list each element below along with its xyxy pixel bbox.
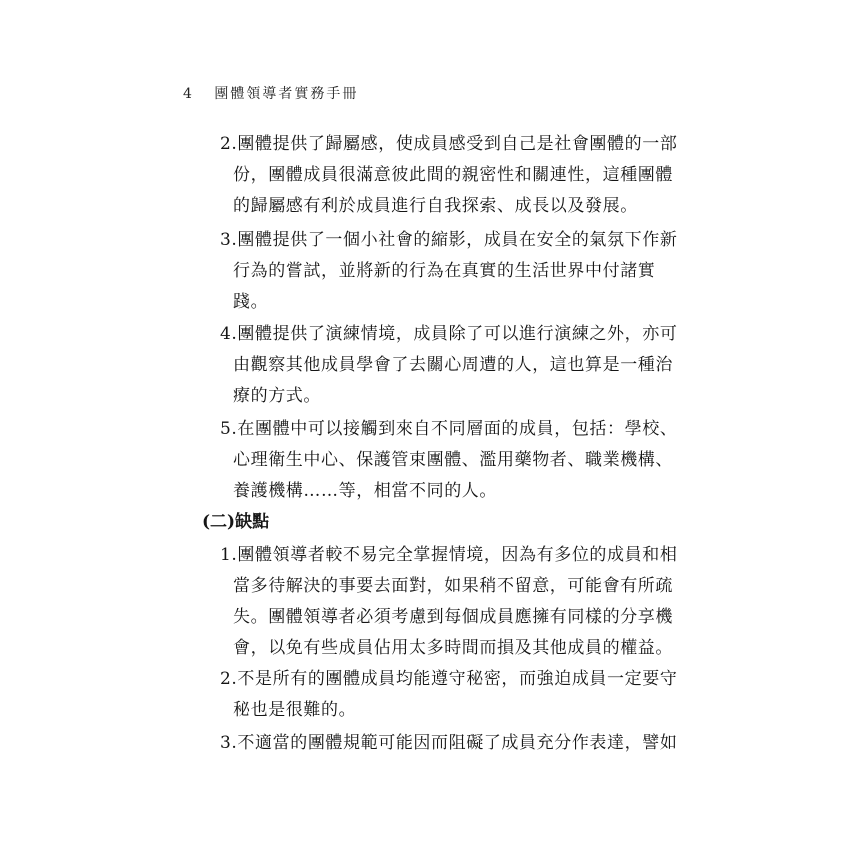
advantage-item-3-line-2: 行為的嘗試，並將新的行為在真實的生活世界中付諸實 (233, 261, 655, 281)
disadvantage-item-2-line-2: 秘也是很難的。 (233, 700, 356, 720)
advantage-item-3-line-1: 3.團體提供了一個小社會的縮影，成員在安全的氣氛下作新 (220, 230, 677, 250)
book-title: 團體領導者實務手冊 (214, 86, 358, 102)
running-header: 4 團體領導者實務手冊 (183, 83, 358, 103)
document-page: 4 團體領導者實務手冊 2.團體提供了歸屬感，使成員感受到自己是社會團體的一部 … (0, 0, 850, 850)
advantage-item-2-line-1: 2.團體提供了歸屬感，使成員感受到自己是社會團體的一部 (220, 134, 677, 154)
advantage-item-3-line-3: 踐。 (233, 292, 268, 312)
disadvantage-item-1-line-2: 當多待解決的事要去面對，如果稍不留意，可能會有所疏 (233, 576, 673, 596)
advantage-item-5-line-2: 心理衛生中心、保護管束團體、濫用藥物者、職業機構、 (233, 450, 673, 470)
disadvantage-item-1-line-1: 1.團體領導者較不易完全掌握情境，因為有多位的成員和相 (220, 545, 677, 565)
disadvantage-item-3-line-1: 3.不適當的團體規範可能因而阻礙了成員充分作表達，譬如 (220, 733, 677, 753)
advantage-item-4-line-3: 療的方式。 (233, 386, 321, 406)
advantage-item-5-line-1: 5.在團體中可以接觸到來自不同層面的成員，包括：學校、 (220, 419, 677, 439)
page-number: 4 (183, 86, 194, 102)
section-heading-disadvantages: (二)缺點 (202, 512, 269, 532)
advantage-item-2-line-2: 份，團體成員很滿意彼此間的親密性和關連性，這種團體 (233, 165, 673, 185)
advantage-item-2-line-3: 的歸屬感有利於成員進行自我探索、成長以及發展。 (233, 196, 638, 216)
disadvantage-item-1-line-3: 失。團體領導者必須考慮到每個成員應擁有同樣的分享機 (233, 607, 673, 627)
advantage-item-4-line-2: 由觀察其他成員學會了去關心周遭的人，這也算是一種治 (233, 355, 673, 375)
advantage-item-4-line-1: 4.團體提供了演練情境，成員除了可以進行演練之外，亦可 (220, 324, 677, 344)
advantage-item-5-line-3: 養護機構……等，相當不同的人。 (233, 481, 497, 501)
disadvantage-item-1-line-4: 會，以免有些成員佔用太多時間而損及其他成員的權益。 (233, 638, 673, 658)
disadvantage-item-2-line-1: 2.不是所有的團體成員均能遵守秘密，而強迫成員一定要守 (220, 669, 677, 689)
